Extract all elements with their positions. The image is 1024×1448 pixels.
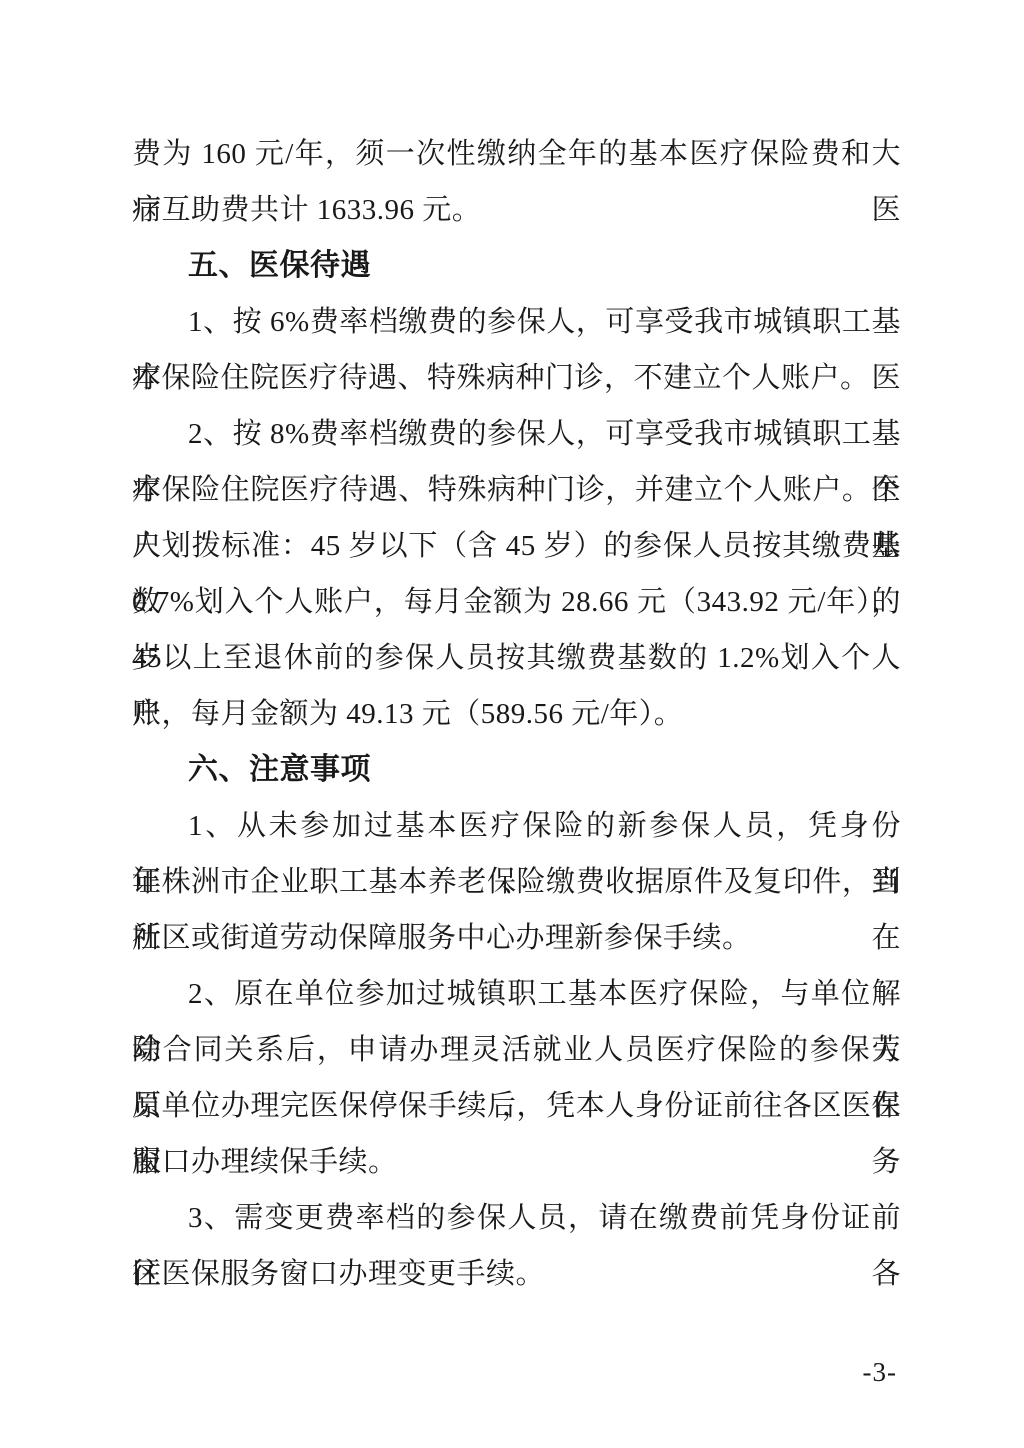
- body-line: 户划拨标准：45 岁以下（含 45 岁）的参保人员按其缴费基数的: [132, 518, 901, 574]
- body-line: 年株洲市企业职工基本养老保险缴费收据原件及复印件，到所在: [132, 854, 901, 910]
- body-line: 1、从未参加过基本医疗保险的新参保人员，凭身份证、当: [132, 798, 901, 854]
- body-line: 动合同关系后，申请办理灵活就业人员医疗保险的参保人员，在: [132, 1022, 901, 1078]
- body-line: 户，每月金额为 49.13 元（589.56 元/年）。: [132, 686, 901, 742]
- body-line: 费为 160 元/年，须一次性缴纳全年的基本医疗保险费和大病医: [132, 126, 901, 182]
- body-line: 疗保险住院医疗待遇、特殊病种门诊，并建立个人账户。个人账: [132, 462, 901, 518]
- document-page: 费为 160 元/年，须一次性缴纳全年的基本医疗保险费和大病医 疗互助费共计 1…: [0, 0, 1024, 1448]
- body-line: 1、按 6%费率档缴费的参保人，可享受我市城镇职工基本医: [132, 294, 901, 350]
- body-line: 0.7%划入个人账户，每月金额为 28.66 元（343.92 元/年），45: [132, 574, 901, 630]
- section-heading-6: 六、注意事项: [132, 742, 901, 798]
- section-heading-5: 五、医保待遇: [132, 238, 901, 294]
- body-line: 2、原在单位参加过城镇职工基本医疗保险，与单位解除劳: [132, 966, 901, 1022]
- body-line: 3、需变更费率档的参保人员，请在缴费前凭身份证前往各: [132, 1190, 901, 1246]
- body-line: 岁以上至退休前的参保人员按其缴费基数的 1.2%划入个人账: [132, 630, 901, 686]
- body-line: 原单位办理完医保停保手续后，凭本人身份证前往各区医保服务: [132, 1078, 901, 1134]
- body-line: 疗保险住院医疗待遇、特殊病种门诊，不建立个人账户。: [132, 350, 901, 406]
- body-line: 2、按 8%费率档缴费的参保人，可享受我市城镇职工基本医: [132, 406, 901, 462]
- page-number: -3-: [132, 1356, 901, 1388]
